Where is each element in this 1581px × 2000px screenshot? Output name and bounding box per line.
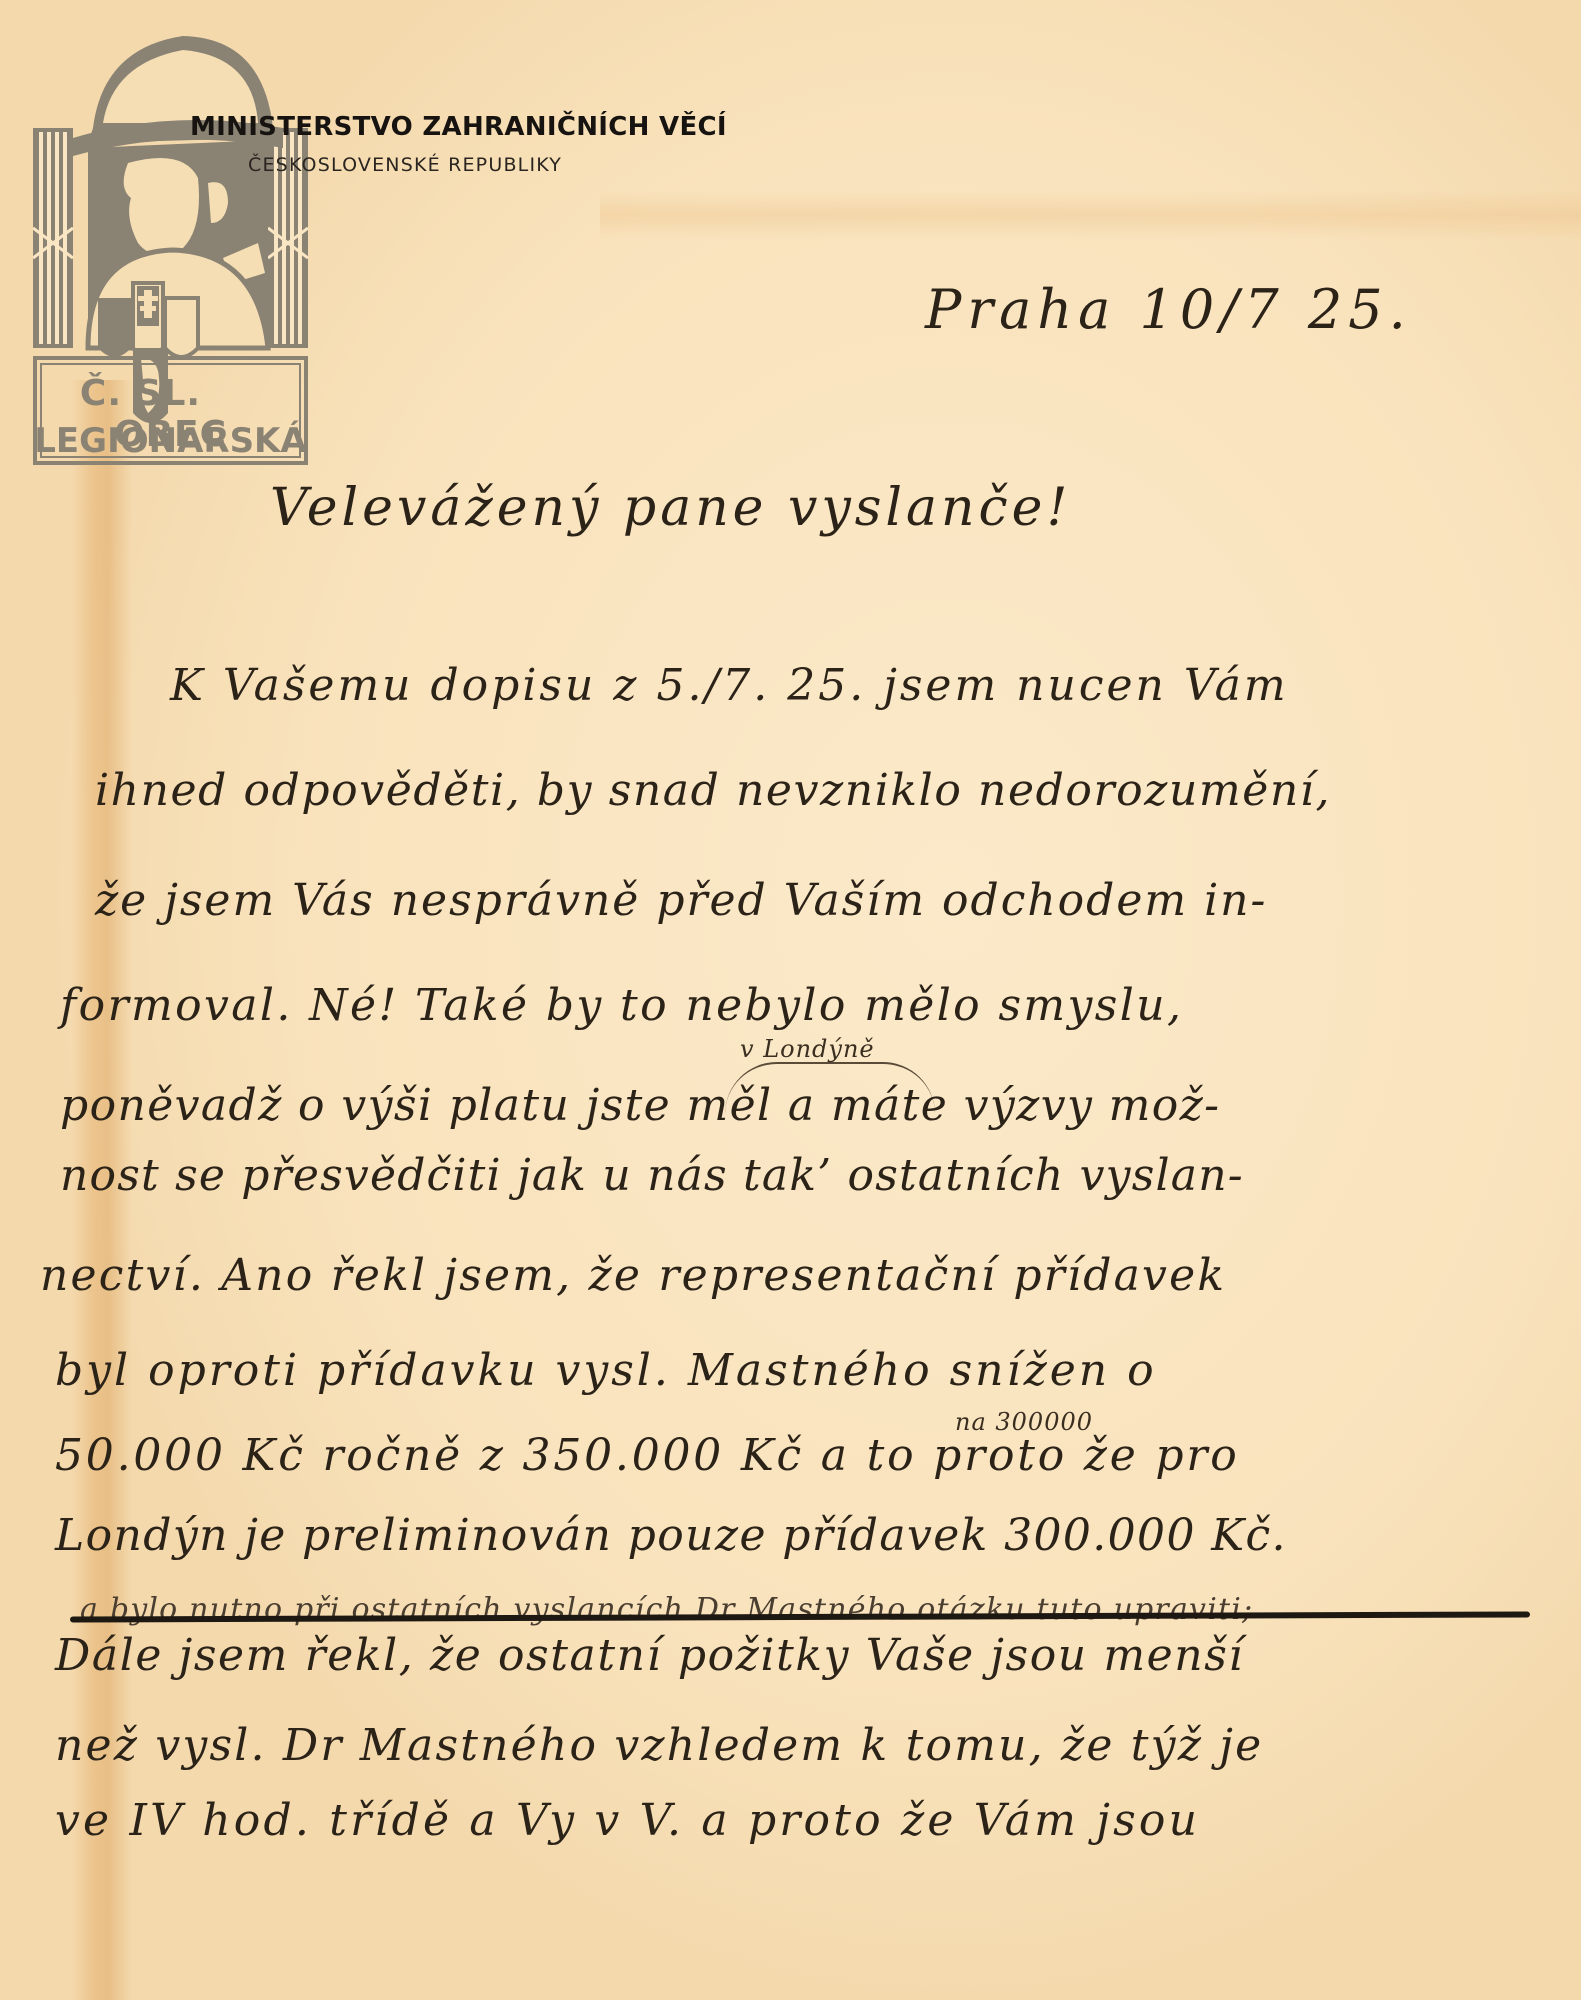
greeting: Velevážený pane vyslanče!	[270, 478, 1071, 538]
letter-line-7: nectví. Ano řekl jsem, že representační …	[40, 1250, 1226, 1301]
letterhead-republic: ČESKOSLOVENSKÉ REPUBLIKY	[248, 154, 562, 176]
letterhead-ministry: MINISTERSTVO ZAHRANIČNÍCH VĚCÍ	[190, 112, 727, 142]
letter-line-12: než vysl. Dr Mastného vzhledem k tomu, ž…	[55, 1720, 1263, 1771]
letter-line-10: Londýn je preliminován pouze přídavek 30…	[55, 1510, 1287, 1561]
letter-line-2: ihned odpověděti, by snad nevzniklo nedo…	[95, 765, 1331, 816]
letter-line-11: Dále jsem řekl, že ostatní požitky Vaše …	[55, 1630, 1244, 1681]
letter-line-13: ve IV hod. třídě a Vy v V. a proto že Vá…	[55, 1795, 1200, 1846]
letter-line-4: formoval. Né! Také by to nebylo mělo smy…	[60, 980, 1183, 1031]
place-date: Praha 10/7 25.	[925, 278, 1412, 341]
letter-line-8: byl oproti přídavku vysl. Mastného sníže…	[55, 1345, 1157, 1396]
letter-line-1: K Vašemu dopisu z 5./7. 25. jsem nucen V…	[170, 660, 1289, 711]
letter-line-6: nost se přesvědčiti jak u nás tak’ ostat…	[60, 1150, 1244, 1201]
emblem-csl: Č. SL.	[80, 373, 201, 414]
legionnaire-emblem-icon: Č. SL.OBEC LEGIONÁŘSKÁ	[33, 28, 308, 468]
letter-line-3: že jsem Vás nesprávně před Vaším odchode…	[95, 875, 1267, 926]
letter-line-9: 50.000 Kč ročně z 350.000 Kč a to proto …	[55, 1430, 1240, 1481]
annotation-v-londyne: v Londýně	[740, 1035, 875, 1063]
emblem-text-line2: LEGIONÁŘSKÁ	[33, 421, 308, 461]
letter-line-5: poněvadž o výši platu jste měl a máte vý…	[60, 1080, 1220, 1131]
horizontal-stain	[600, 190, 1581, 240]
